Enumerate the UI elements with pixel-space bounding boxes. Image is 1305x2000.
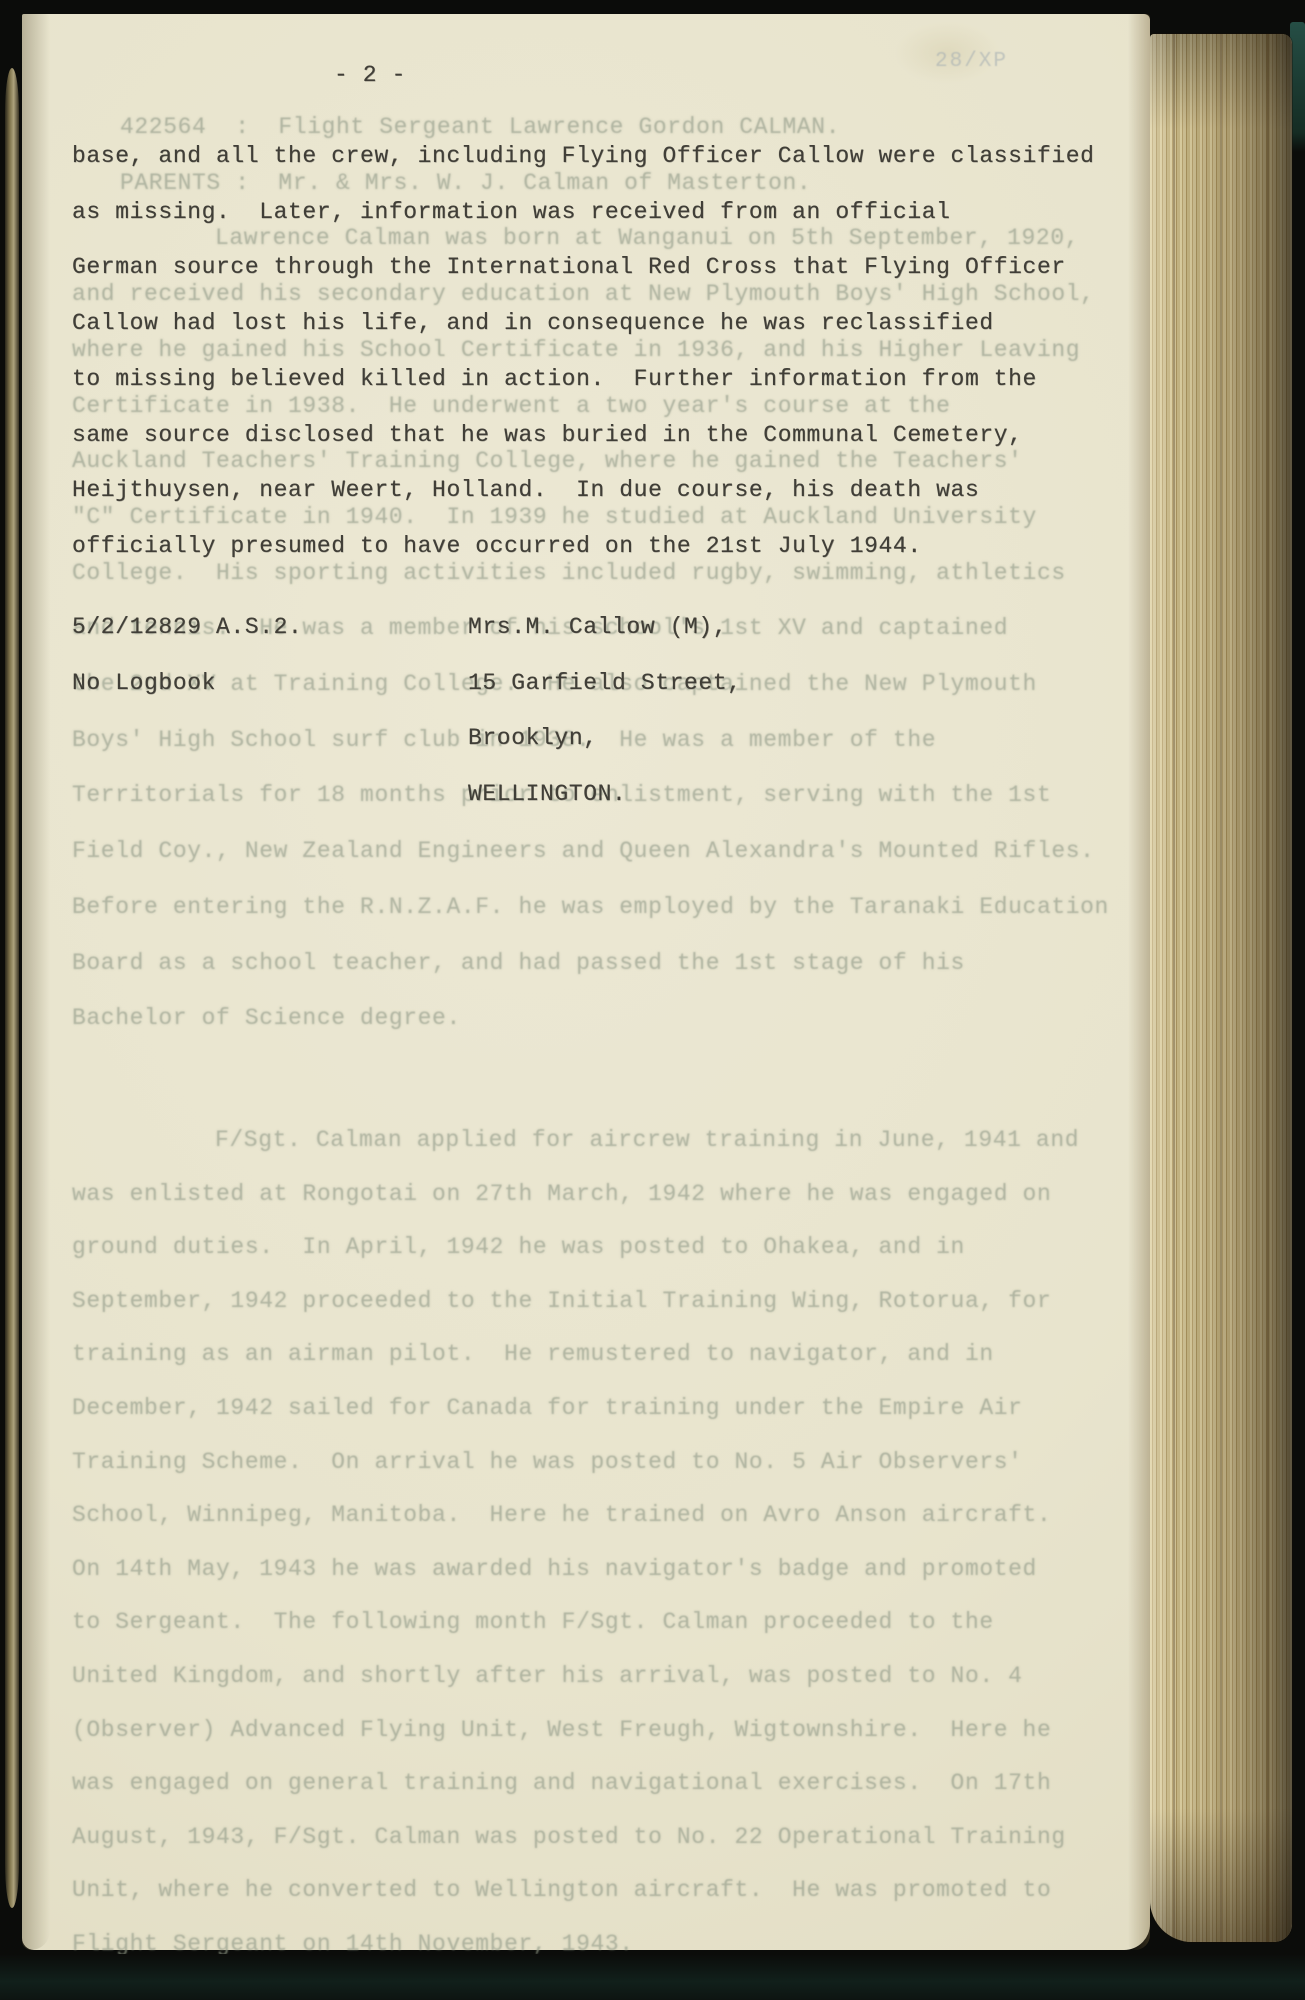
page-number: - 2 - xyxy=(334,62,406,88)
book-scan: 28/XP - 2 - 422564 : Flight Sergeant Law… xyxy=(0,0,1305,2000)
book-cover-edge xyxy=(1290,22,1305,152)
bleedthrough-line: was engaged on general training and navi… xyxy=(72,1757,1066,1811)
bleedthrough-line: August, 1943, F/Sgt. Calman was posted t… xyxy=(72,1811,1066,1865)
paragraph-line: officially presumed to have occurred on … xyxy=(72,519,1095,575)
file-reference-line: 5/2/12829 A.S.2. xyxy=(72,600,302,656)
bleedthrough-line: Board as a school teacher, and had passe… xyxy=(72,936,1109,992)
bleedthrough-text-lower: F/Sgt. Calman applied for aircrew traini… xyxy=(72,1114,1066,1972)
file-reference-block: 5/2/12829 A.S.2.No Logbook xyxy=(72,600,302,711)
fore-edge-shading xyxy=(1150,34,1292,1942)
paragraph-line: as missing. Later, information was recei… xyxy=(72,185,1095,241)
paragraph-line: to missing believed killed in action. Fu… xyxy=(72,352,1095,408)
bleedthrough-line: September, 1942 proceeded to the Initial… xyxy=(72,1275,1066,1329)
bleedthrough-line: United Kingdom, and shortly after his ar… xyxy=(72,1650,1066,1704)
bleedthrough-line: On 14th May, 1943 he was awarded his nav… xyxy=(72,1543,1066,1597)
paragraph-line: same source disclosed that he was buried… xyxy=(72,408,1095,464)
paragraph-line: Heijthuysen, near Weert, Holland. In due… xyxy=(72,463,1095,519)
bleedthrough-line: December, 1942 sailed for Canada for tra… xyxy=(72,1382,1066,1436)
bleedthrough-line: Unit, where he converted to Wellington a… xyxy=(72,1864,1066,1918)
paragraph-line: Callow had lost his life, and in consequ… xyxy=(72,296,1095,352)
bleedthrough-line: F/Sgt. Calman applied for aircrew traini… xyxy=(215,1114,1209,1168)
body-paragraph: base, and all the crew, including Flying… xyxy=(72,129,1095,575)
bleedthrough-line: training as an airman pilot. He remuster… xyxy=(72,1328,1066,1382)
document-page: 28/XP - 2 - 422564 : Flight Sergeant Law… xyxy=(22,14,1150,1950)
file-reference-line: No Logbook xyxy=(72,656,302,712)
bleedthrough-line: Training Scheme. On arrival he was poste… xyxy=(72,1436,1066,1490)
bleedthrough-line: Bachelor of Science degree. xyxy=(72,991,1109,1047)
next-of-kin-address: Mrs.M. Callow (M),15 Garfield Street,Bro… xyxy=(468,600,742,823)
bleedthrough-line: to Sergeant. The following month F/Sgt. … xyxy=(72,1596,1066,1650)
bleedthrough-line: Before entering the R.N.Z.A.F. he was em… xyxy=(72,880,1109,936)
address-line: 15 Garfield Street, xyxy=(468,656,742,712)
bleedthrough-line: ground duties. In April, 1942 he was pos… xyxy=(72,1221,1066,1275)
address-line: WELLINGTON. xyxy=(468,767,742,823)
corner-annotation: 28/XP xyxy=(935,50,1008,73)
underlying-page-edge xyxy=(5,68,19,1908)
bleedthrough-line: School, Winnipeg, Manitoba. Here he trai… xyxy=(72,1489,1066,1543)
address-line: Mrs.M. Callow (M), xyxy=(468,600,742,656)
paragraph-line: German source through the International … xyxy=(72,240,1095,296)
paragraph-line: base, and all the crew, including Flying… xyxy=(72,129,1095,185)
bleedthrough-line: (Observer) Advanced Flying Unit, West Fr… xyxy=(72,1704,1066,1758)
book-fore-edge-pages xyxy=(1150,34,1292,1942)
book-bottom-shadow xyxy=(0,1954,1305,2000)
bleedthrough-line: was enlisted at Rongotai on 27th March, … xyxy=(72,1168,1066,1222)
bleedthrough-line: Field Coy., New Zealand Engineers and Qu… xyxy=(72,824,1109,880)
address-line: Brooklyn, xyxy=(468,711,742,767)
